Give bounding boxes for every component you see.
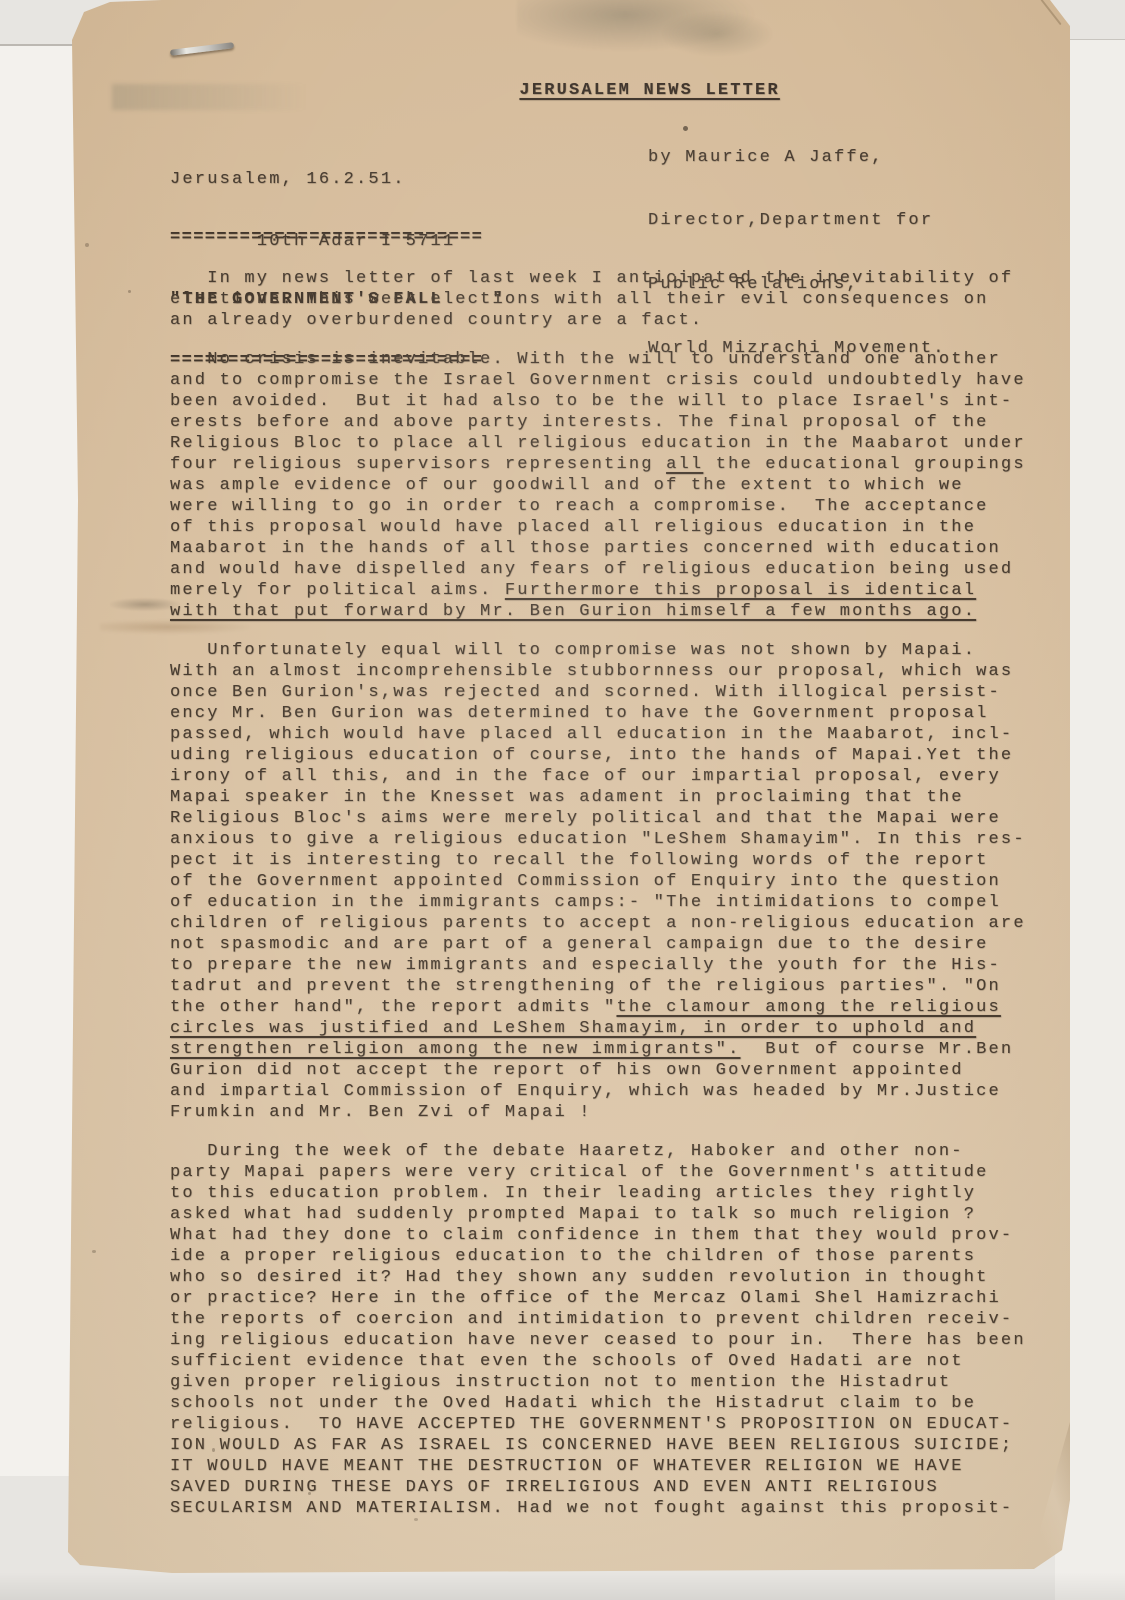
ink-smudge <box>662 12 772 56</box>
text-line: elections. This week elections with all … <box>170 289 1026 310</box>
staple <box>170 42 234 56</box>
text-line: In my news letter of last week I anticip… <box>170 268 1026 289</box>
text-line: and would have dispelled any fears of re… <box>170 559 1026 580</box>
text-line: With an almost incomprehensible stubborn… <box>170 661 1026 682</box>
text-line: circles was justified and LeShem Shamayi… <box>170 1018 1026 1039</box>
text-line: the other hand", the report admits "the … <box>170 997 1026 1018</box>
paragraph: In my news letter of last week I anticip… <box>170 268 1026 331</box>
text-line: of the Government appointed Commission o… <box>170 871 1026 892</box>
text-line: No crisis is inevitable. With the will t… <box>170 349 1026 370</box>
paragraph: During the week of the debate Haaretz, H… <box>170 1141 1026 1519</box>
text-line: once Ben Gurion's,was rejected and scorn… <box>170 682 1026 703</box>
text-line: ION WOULD AS FAR AS ISRAEL IS CONCERNED … <box>170 1435 1026 1456</box>
document-body: In my news letter of last week I anticip… <box>170 268 1026 1537</box>
text-line: SECULARISM AND MATERIALISM. Had we not f… <box>170 1498 1026 1519</box>
text-line: pect it is interesting to recall the fol… <box>170 850 1026 871</box>
ink-smudge <box>112 84 307 110</box>
text-line: with that put forward by Mr. Ben Gurion … <box>170 601 1026 622</box>
text-line: who so desired it? Had they shown any su… <box>170 1267 1026 1288</box>
text-line: irony of all this, and in the face of ou… <box>170 766 1026 787</box>
text-line: Maabarot in the hands of all those parti… <box>170 538 1026 559</box>
scanned-document-scene: JERUSALEM NEWS LETTER Jerusalem, 16.2.51… <box>0 0 1125 1600</box>
text-line: uding religious education of course, int… <box>170 745 1026 766</box>
text-line: of this proposal would have placed all r… <box>170 517 1026 538</box>
text-line: passed, which would have placed all educ… <box>170 724 1026 745</box>
text-line: tadrut and prevent the strengthening of … <box>170 976 1026 997</box>
text-line: asked what had suddenly prompted Mapai t… <box>170 1204 1026 1225</box>
text-line: children of religious parents to accept … <box>170 913 1026 934</box>
text-line: Gurion did not accept the report of his … <box>170 1060 1026 1081</box>
text-line: not spasmodic and are part of a general … <box>170 934 1026 955</box>
text-line: IT WOULD HAVE MEANT THE DESTRUCTION OF W… <box>170 1456 1026 1477</box>
text-line: given proper religious instruction not t… <box>170 1372 1026 1393</box>
text-line: of education in the immigrants camps:- "… <box>170 892 1026 913</box>
text-line: Religious Bloc to place all religious ed… <box>170 433 1026 454</box>
text-line: been avoided. But it had also to be the … <box>170 391 1026 412</box>
text-line: Frumkin and Mr. Ben Zvi of Mapai ! <box>170 1102 1026 1123</box>
text-line: Religious Bloc's aims were merely politi… <box>170 808 1026 829</box>
text-line: merely for political aims. Furthermore t… <box>170 580 1026 601</box>
paper-speck <box>92 1250 96 1253</box>
text-line: religious. TO HAVE ACCEPTED THE GOVERNME… <box>170 1414 1026 1435</box>
text-line: SAVED DURING THESE DAYS OF IRRELIGIOUS A… <box>170 1477 1026 1498</box>
text-line: strengthen religion among the new immigr… <box>170 1039 1026 1060</box>
text-line: ency Mr. Ben Gurion was determined to ha… <box>170 703 1026 724</box>
paper-speck <box>85 243 89 247</box>
text-line: and impartial Commission of Enquiry, whi… <box>170 1081 1026 1102</box>
paper-speck <box>128 290 131 293</box>
text-line: Unfortunately equal will to compromise w… <box>170 640 1026 661</box>
newsletter-title-text: JERUSALEM NEWS LETTER <box>519 81 779 100</box>
text-line: ing religious education have never cease… <box>170 1330 1026 1351</box>
text-line: During the week of the debate Haaretz, H… <box>170 1141 1026 1162</box>
ink-smudge <box>517 0 757 52</box>
paragraph: No crisis is inevitable. With the will t… <box>170 349 1026 622</box>
text-line: schools not under the Oved Hadati which … <box>170 1393 1026 1414</box>
text-line: erests before and above party interests.… <box>170 412 1026 433</box>
text-line: What had they done to claim confidence i… <box>170 1225 1026 1246</box>
text-line: an already overburdened country are a fa… <box>170 310 1026 331</box>
text-line: the reports of coercion and intimidation… <box>170 1309 1026 1330</box>
paper: JERUSALEM NEWS LETTER Jerusalem, 16.2.51… <box>62 0 1070 1576</box>
background-shadow <box>0 1572 1125 1600</box>
byline-role: Director,Department for <box>648 210 946 231</box>
text-line: and to compromise the Israel Government … <box>170 370 1026 391</box>
text-line: to prepare the new immigrants and especi… <box>170 955 1026 976</box>
text-line: Mapai speaker in the Knesset was adament… <box>170 787 1026 808</box>
backing-sheet-left <box>0 44 80 1476</box>
paragraph: Unfortunately equal will to compromise w… <box>170 640 1026 1123</box>
text-line: anxious to give a religious education "L… <box>170 829 1026 850</box>
text-line: or practice? Here in the office of the M… <box>170 1288 1026 1309</box>
text-line: four religious supervisors representing … <box>170 454 1026 475</box>
corner-cut-top-right <box>1040 0 1061 25</box>
text-line: was ample evidence of our goodwill and o… <box>170 475 1026 496</box>
byline-author: by Maurice A Jaffe, <box>648 147 946 168</box>
headline-rule-top: =========================== <box>170 228 505 249</box>
text-line: were willing to go in order to reach a c… <box>170 496 1026 517</box>
text-line: ide a proper religious education to the … <box>170 1246 1026 1267</box>
text-line: party Mapai papers were very critical of… <box>170 1162 1026 1183</box>
text-line: to this education problem. In their lead… <box>170 1183 1026 1204</box>
text-line: sufficient evidence that even the school… <box>170 1351 1026 1372</box>
